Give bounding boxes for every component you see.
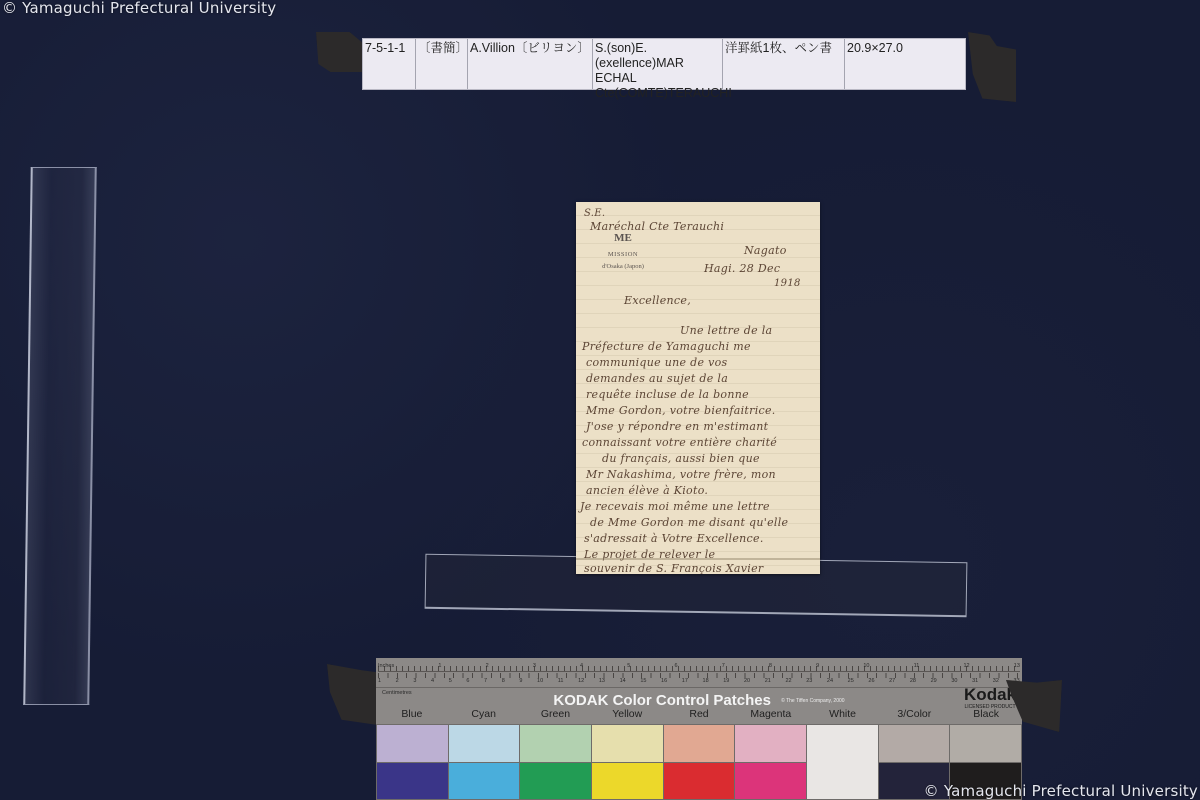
inch-mark: 9 xyxy=(816,658,819,671)
inch-mark: 6 xyxy=(674,658,677,671)
inch-mark: 5 xyxy=(627,658,630,671)
patch-blue-light xyxy=(377,725,448,762)
tape-piece xyxy=(968,32,1016,102)
catalog-author: A.Villion〔ビリヨン〕 xyxy=(468,39,593,89)
letterhead: ME MISSION d'Osaka (Japon) xyxy=(588,232,658,270)
patch-label: Magenta xyxy=(735,708,807,722)
cm-scale: 1234567891011121314151617181920212223242… xyxy=(378,673,1020,687)
copyright-watermark-bottom: © Yamaguchi Prefectural University xyxy=(924,782,1198,800)
cm-mark: 2 xyxy=(396,673,399,687)
cm-mark: 12 xyxy=(578,673,584,687)
cm-mark: 17 xyxy=(682,673,688,687)
letter-line: S.E. xyxy=(584,208,605,219)
measurement-ruler: Inches12345678910111213 1234567891011121… xyxy=(376,658,1022,688)
patch-3-color-light xyxy=(879,725,950,762)
catalog-material: 洋罫紙1枚、ペン書 xyxy=(723,39,845,89)
handwritten-letter: ME MISSION d'Osaka (Japon) S.E. Maréchal… xyxy=(576,202,820,574)
patch-yellow-light xyxy=(592,725,663,762)
patch-blue-dark xyxy=(377,763,448,800)
patch-yellow-dark xyxy=(592,763,663,800)
letter-line: Mr Nakashima, votre frère, mon xyxy=(586,468,776,481)
cm-mark: 8 xyxy=(502,673,505,687)
letterhead-mission: MISSION xyxy=(588,251,658,258)
patch-cyan-dark xyxy=(449,763,520,800)
letter-line: communique une de vos xyxy=(586,356,727,369)
catalog-recipient: S.(son)E.(exellence)MAR ECHAL Cte(COMTE)… xyxy=(593,39,723,89)
patch-red-dark xyxy=(664,763,735,800)
kodak-title: KODAK Color Control Patches © The Tiffen… xyxy=(376,692,1022,709)
patch-magenta-light xyxy=(735,725,806,762)
cm-mark: 24 xyxy=(827,673,833,687)
patch-green-light xyxy=(520,725,591,762)
letter-line: 1918 xyxy=(774,278,801,289)
catalog-type: 〔書簡〕 xyxy=(416,39,468,89)
cm-mark: 7 xyxy=(484,673,487,687)
catalog-id: 7-5-1-1 xyxy=(363,39,416,89)
patch-white-light xyxy=(807,725,878,799)
cm-mark: 18 xyxy=(703,673,709,687)
letter-line: connaissant votre entière charité xyxy=(582,436,777,449)
letter-line: Maréchal Cte Terauchi xyxy=(590,220,724,233)
recipient-line: S.(son)E.(exellence)MAR xyxy=(595,41,720,71)
cm-mark: 19 xyxy=(723,673,729,687)
letter-line: Préfecture de Yamaguchi me xyxy=(582,340,751,353)
patch-label: Yellow xyxy=(591,708,663,722)
cm-mark: 26 xyxy=(868,673,874,687)
letter-line: requête incluse de la bonne xyxy=(586,388,749,401)
cm-mark: 15 xyxy=(640,673,646,687)
cm-mark: 4 xyxy=(431,673,434,687)
patch-label: White xyxy=(807,708,879,722)
patch-red-light xyxy=(664,725,735,762)
letter-line: souvenir de S. François Xavier xyxy=(584,562,763,574)
letter-line: demandes au sujet de la xyxy=(586,372,728,385)
kodak-color-card: Inches12345678910111213 1234567891011121… xyxy=(376,658,1022,800)
patch-labels: BlueCyanGreenYellowRedMagentaWhite3/Colo… xyxy=(376,708,1022,722)
letter-line: s'adressait à Votre Excellence. xyxy=(584,532,764,545)
paper-fold xyxy=(576,558,820,560)
letter-line: Excellence, xyxy=(624,294,691,307)
letter-line: Hagi. 28 Dec xyxy=(704,262,780,275)
cm-mark: 1 xyxy=(378,673,381,687)
cm-mark: 3 xyxy=(413,673,416,687)
patch-label: Red xyxy=(663,708,735,722)
tape-piece xyxy=(316,32,364,72)
inch-mark: 3 xyxy=(533,658,536,671)
cm-mark: 13 xyxy=(599,673,605,687)
copyright-watermark-top: © Yamaguchi Prefectural University xyxy=(2,0,276,17)
kodak-copyright: © The Tiffen Company, 2000 xyxy=(781,698,844,704)
inch-mark: 7 xyxy=(722,658,725,671)
inch-mark: 11 xyxy=(914,658,920,671)
patch-label: Black xyxy=(950,708,1022,722)
cm-mark: 25 xyxy=(848,673,854,687)
patch-black-light xyxy=(950,725,1021,762)
catalog-size: 20.9×27.0 xyxy=(845,39,915,89)
patch-label: 3/Color xyxy=(878,708,950,722)
letter-line: de Mme Gordon me disant qu'elle xyxy=(590,516,788,529)
cm-mark: 10 xyxy=(537,673,543,687)
monogram-logo: ME xyxy=(588,232,658,244)
cm-mark: 5 xyxy=(449,673,452,687)
cm-mark: 30 xyxy=(951,673,957,687)
inch-scale: Inches12345678910111213 xyxy=(378,658,1020,672)
letter-line: J'ose y répondre en m'estimant xyxy=(586,420,768,433)
cm-mark: 11 xyxy=(558,673,564,687)
cm-mark: 9 xyxy=(519,673,522,687)
kodak-title-text: KODAK Color Control Patches xyxy=(553,692,771,709)
inch-mark: Inches xyxy=(378,658,394,671)
cm-mark: 20 xyxy=(744,673,750,687)
kodak-brand-text: Kodak xyxy=(964,685,1016,704)
cm-mark: 16 xyxy=(661,673,667,687)
cm-mark: 28 xyxy=(910,673,916,687)
letter-line: Mme Gordon, votre bienfaitrice. xyxy=(586,404,776,417)
inch-mark: 8 xyxy=(769,658,772,671)
letter-line: Une lettre de la xyxy=(680,324,772,337)
cm-mark: 29 xyxy=(931,673,937,687)
inch-mark: 12 xyxy=(964,658,970,671)
letter-line: Nagato xyxy=(744,244,787,257)
patch-label: Cyan xyxy=(448,708,520,722)
catalog-label: 7-5-1-1 〔書簡〕 A.Villion〔ビリヨン〕 S.(son)E.(e… xyxy=(362,38,966,90)
patch-magenta-dark xyxy=(735,763,806,800)
inch-mark: 1 xyxy=(438,658,441,671)
glass-weight-vertical xyxy=(23,167,97,705)
inch-mark: 4 xyxy=(580,658,583,671)
inch-mark: 2 xyxy=(486,658,489,671)
letter-line: du français, aussi bien que xyxy=(602,452,760,465)
cm-mark: 21 xyxy=(765,673,771,687)
patch-green-dark xyxy=(520,763,591,800)
recipient-line: ECHAL xyxy=(595,71,720,86)
kodak-logo: Kodak LICENSED PRODUCT xyxy=(964,686,1016,710)
patch-label: Green xyxy=(520,708,592,722)
letter-line: ancien élève à Kioto. xyxy=(586,484,708,497)
cm-mark: 6 xyxy=(466,673,469,687)
cm-mark: 27 xyxy=(889,673,895,687)
inch-mark: 10 xyxy=(863,658,869,671)
letter-line: Je recevais moi même une lettre xyxy=(580,500,770,513)
letterhead-place: d'Osaka (Japon) xyxy=(588,263,658,270)
patch-cyan-light xyxy=(449,725,520,762)
patch-label: Blue xyxy=(376,708,448,722)
inch-mark: 13 xyxy=(1014,658,1020,671)
cm-mark: 23 xyxy=(806,673,812,687)
cm-mark: 22 xyxy=(785,673,791,687)
cm-mark: 14 xyxy=(620,673,626,687)
recipient-line: Cte(COMTE)TERAUCHI xyxy=(595,86,720,101)
